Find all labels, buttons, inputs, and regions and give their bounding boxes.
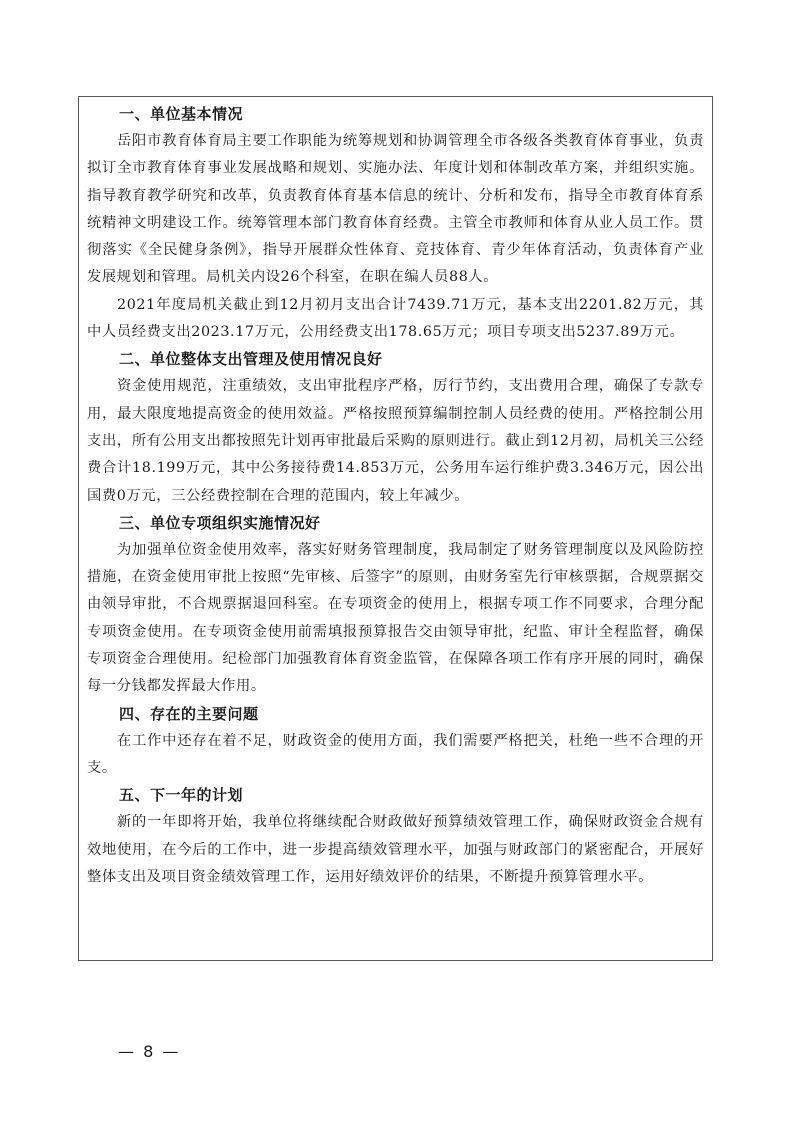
paragraph-expenditure-management: 资金使用规范，注重绩效，支出审批程序严格，厉行节约，支出费用合理，确保了专款专用…: [87, 373, 704, 509]
paragraph-special-projects: 为加强单位资金使用效率，落实好财务管理制度，我局制定了财务管理制度以及风险防控措…: [87, 537, 704, 701]
section-heading-basic-info: 一、单位基本情况: [87, 101, 704, 128]
paragraph-expenditure-summary: 2021年度局机关截止到12月初月支出合计7439.71万元，基本支出2201.…: [87, 292, 704, 347]
paragraph-main-problems: 在工作中还存在着不足，财政资金的使用方面，我们需要严格把关，杜绝一些不合理的开支…: [87, 728, 704, 783]
section-heading-main-problems: 四、存在的主要问题: [87, 701, 704, 728]
section-heading-next-year-plan: 五、下一年的计划: [87, 782, 704, 809]
section-heading-overall-expenditure: 二、单位整体支出管理及使用情况良好: [87, 346, 704, 373]
section-heading-special-projects: 三、单位专项组织实施情况好: [87, 510, 704, 537]
content-box: 一、单位基本情况 岳阳市教育体育局主要工作职能为统筹规划和协调管理全市各级各类教…: [78, 96, 713, 961]
paragraph-next-year-plan: 新的一年即将开始，我单位将继续配合财政做好预算绩效管理工作，确保财政资金合规有效…: [87, 809, 704, 891]
page-number: — 8 —: [118, 1042, 180, 1061]
paragraph-duties: 岳阳市教育体育局主要工作职能为统筹规划和协调管理全市各级各类教育体育事业，负责拟…: [87, 128, 704, 292]
